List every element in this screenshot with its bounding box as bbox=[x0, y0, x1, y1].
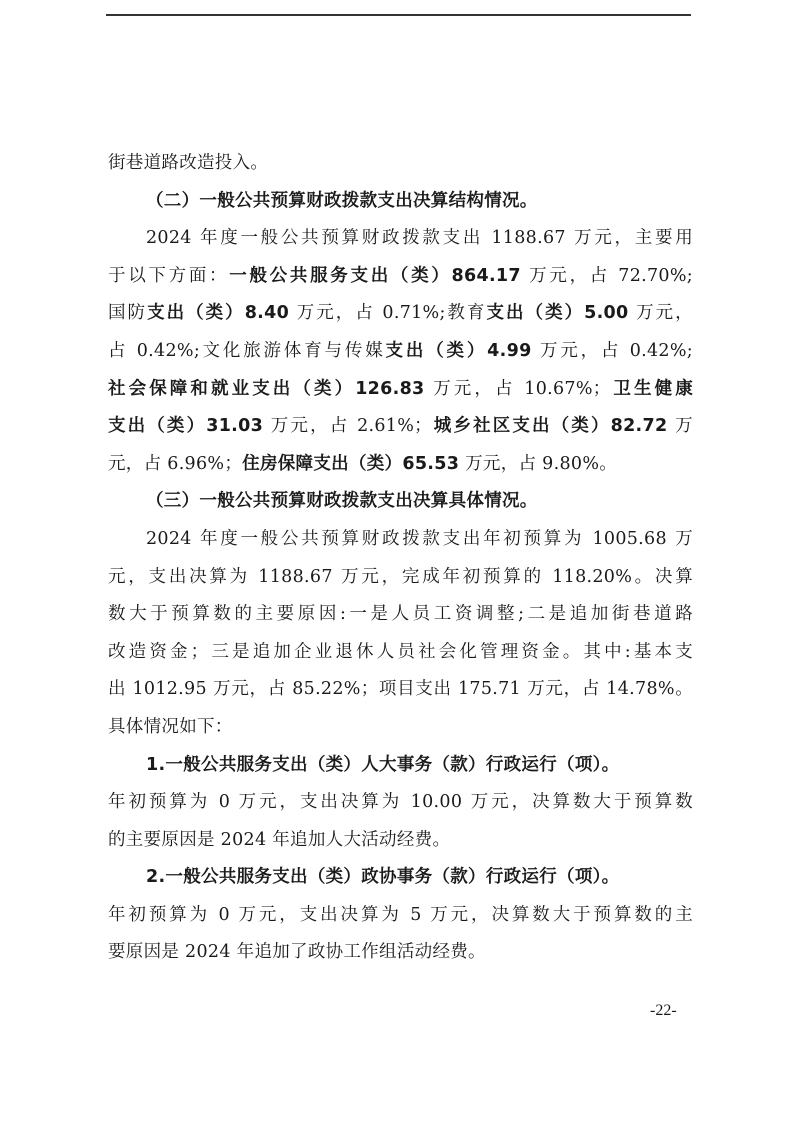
section-heading-2: （二）一般公共预算财政拨款支出决算结构情况。 bbox=[108, 183, 693, 221]
section-heading-3: （三）一般公共预算财政拨款支出决算具体情况。 bbox=[108, 483, 693, 521]
page-number: -22- bbox=[650, 1002, 677, 1020]
document-body: 街巷道路改造投入。 （二）一般公共预算财政拨款支出决算结构情况。 2024 年度… bbox=[108, 145, 693, 972]
paragraph-line: 街巷道路改造投入。 bbox=[108, 145, 693, 183]
text-span: 占 0.42%;文化旅游体育与传媒 bbox=[108, 341, 386, 361]
text-span: 万 bbox=[675, 416, 693, 436]
text-span: 万元，占 10.67%； bbox=[433, 379, 610, 399]
paragraph-line: 年初预算为 0 万元，支出决算为 5 万元，决算数大于预算数的主 bbox=[108, 897, 693, 935]
text-span: 万元，占 2.61%； bbox=[271, 416, 432, 436]
text-span: 万元，占 0.42%; bbox=[540, 341, 693, 361]
paragraph-line: 出 1012.95 万元，占 85.22%；项目支出 175.71 万元，占 1… bbox=[108, 671, 693, 709]
text-span: 国防 bbox=[108, 303, 147, 323]
paragraph-line: 数大于预算数的主要原因:一是人员工资调整;二是追加街巷道路 bbox=[108, 596, 693, 634]
bold-span: 卫生健康 bbox=[611, 379, 693, 399]
bold-span: 城乡社区支出（类）82.72 bbox=[432, 416, 667, 436]
paragraph-line: 要原因是 2024 年追加了政协工作组活动经费。 bbox=[108, 934, 693, 972]
bold-span: 一般公共服务支出（类）864.17 bbox=[229, 266, 521, 286]
paragraph-line: 的主要原因是 2024 年追加人大活动经费。 bbox=[108, 822, 693, 860]
text-span: 万元，占 72.70%; bbox=[529, 266, 693, 286]
text-span: 元，占 6.96%； bbox=[108, 454, 242, 474]
paragraph-line: 支出（类）31.03 万元，占 2.61%；城乡社区支出（类）82.72 万 bbox=[108, 408, 693, 446]
paragraph-line: 2024 年度一般公共预算财政拨款支出年初预算为 1005.68 万 bbox=[108, 521, 693, 559]
text-span: 万元， bbox=[636, 303, 693, 323]
item-2-title: 2.一般公共服务支出（类）政协事务（款）行政运行（项）。 bbox=[108, 859, 693, 897]
paragraph-line: 元，占 6.96%；住房保障支出（类）65.53 万元，占 9.80%。 bbox=[108, 446, 693, 484]
text-span: 万元，占 0.71%;教育 bbox=[297, 303, 487, 323]
bold-span: 住房保障支出（类）65.53 bbox=[242, 454, 459, 474]
text-span: 于以下方面： bbox=[108, 266, 229, 286]
bold-span: 支出（类）5.00 bbox=[486, 303, 628, 323]
paragraph-line: 于以下方面：一般公共服务支出（类）864.17 万元，占 72.70%; bbox=[108, 258, 693, 296]
paragraph-line: 年初预算为 0 万元，支出决算为 10.00 万元，决算数大于预算数 bbox=[108, 784, 693, 822]
item-1-title: 1.一般公共服务支出（类）人大事务（款）行政运行（项）。 bbox=[108, 747, 693, 785]
bold-span: 支出（类）8.40 bbox=[147, 303, 289, 323]
paragraph-line: 改造资金；三是追加企业退休人员社会化管理资金。其中:基本支 bbox=[108, 634, 693, 672]
paragraph-line: 社会保障和就业支出（类）126.83 万元，占 10.67%；卫生健康 bbox=[108, 371, 693, 409]
bold-span: 支出（类）4.99 bbox=[386, 341, 532, 361]
text-span: 万元，占 9.80%。 bbox=[465, 454, 617, 474]
paragraph-line: 2024 年度一般公共预算财政拨款支出 1188.67 万元，主要用 bbox=[108, 220, 693, 258]
paragraph-line: 国防支出（类）8.40 万元，占 0.71%;教育支出（类）5.00 万元， bbox=[108, 295, 693, 333]
header-rule bbox=[106, 14, 691, 16]
paragraph-line: 元，支出决算为 1188.67 万元，完成年初预算的 118.20%。决算 bbox=[108, 559, 693, 597]
paragraph-line: 具体情况如下： bbox=[108, 709, 693, 747]
bold-span: 支出（类）31.03 bbox=[108, 416, 263, 436]
paragraph-line: 占 0.42%;文化旅游体育与传媒支出（类）4.99 万元，占 0.42%; bbox=[108, 333, 693, 371]
bold-span: 社会保障和就业支出（类）126.83 bbox=[108, 379, 425, 399]
